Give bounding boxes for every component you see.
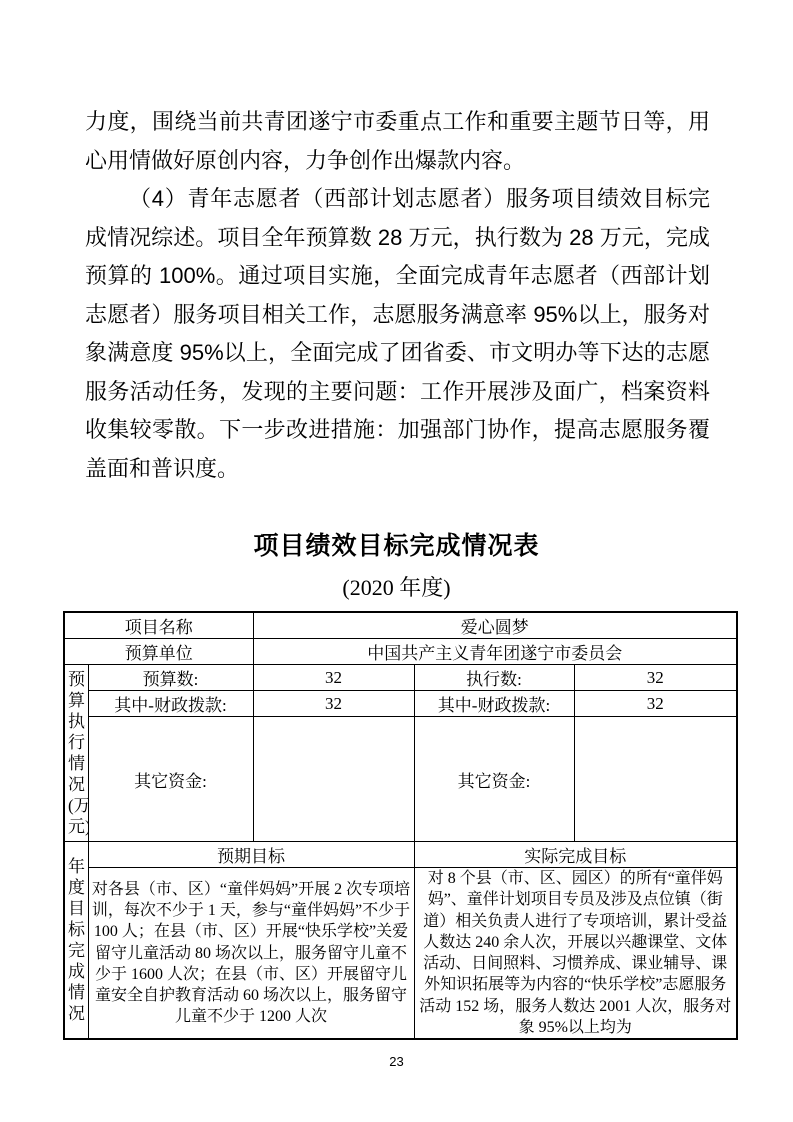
execution-number-label: 执行数:: [414, 665, 574, 691]
body-text-block: 力度，围绕当前共青团遂宁市委重点工作和重要主题节日等，用心用情做好原创内容，力争…: [0, 0, 793, 488]
expected-goal-header: 预期目标: [88, 842, 414, 868]
performance-table: 项目名称 爱心圆梦 预算单位 中国共产主义青年团遂宁市委员会 预 算 执 行 情…: [63, 611, 738, 1040]
paragraph-continuation: 力度，围绕当前共青团遂宁市委重点工作和重要主题节日等，用心用情做好原创内容，力争…: [85, 103, 710, 180]
budget-execution-vertical-header: 预 算 执 行 情 况 (万 元): [64, 665, 88, 842]
fiscal-allocation-label-left: 其中-财政拨款:: [88, 691, 253, 717]
budget-unit-label: 预算单位: [64, 639, 253, 665]
fiscal-allocation-value-right: 32: [574, 691, 737, 717]
table-row: 预 算 执 行 情 况 (万 元) 预算数: 32 执行数: 32: [64, 665, 737, 691]
other-funds-value-right: [574, 717, 737, 842]
table-title: 项目绩效目标完成情况表: [0, 532, 793, 562]
budget-unit-value: 中国共产主义青年团遂宁市委员会: [253, 639, 737, 665]
budget-number-label: 预算数:: [88, 665, 253, 691]
actual-goal-text: 对 8 个县（市、区、园区）的所有“童伴妈妈”、童伴计划项目专员及涉及点位镇（街…: [414, 868, 737, 1040]
project-name-label: 项目名称: [64, 612, 253, 639]
expected-goal-text: 对各县（市、区）“童伴妈妈”开展 2 次专项培训，每次不少于 1 天，参与“童伴…: [88, 868, 414, 1040]
budget-number-value: 32: [253, 665, 414, 691]
table-row: 其它资金: 其它资金:: [64, 717, 737, 842]
actual-goal-header: 实际完成目标: [414, 842, 737, 868]
table-row: 其中-财政拨款: 32 其中-财政拨款: 32: [64, 691, 737, 717]
execution-number-value: 32: [574, 665, 737, 691]
table-row: 项目名称 爱心圆梦: [64, 612, 737, 639]
table-row: 年 度 目 标 完 成 情 况 预期目标 实际完成目标: [64, 842, 737, 868]
other-funds-label-left: 其它资金:: [88, 717, 253, 842]
fiscal-allocation-value-left: 32: [253, 691, 414, 717]
page-number: 23: [0, 1054, 793, 1069]
other-funds-label-right: 其它资金:: [414, 717, 574, 842]
table-row: 对各县（市、区）“童伴妈妈”开展 2 次专项培训，每次不少于 1 天，参与“童伴…: [64, 868, 737, 1040]
document-page: 力度，围绕当前共青团遂宁市委重点工作和重要主题节日等，用心用情做好原创内容，力争…: [0, 0, 793, 1122]
other-funds-value-left: [253, 717, 414, 842]
annual-goal-vertical-header: 年 度 目 标 完 成 情 况: [64, 842, 88, 1040]
table-subtitle: (2020 年度): [0, 575, 793, 601]
table-row: 预算单位 中国共产主义青年团遂宁市委员会: [64, 639, 737, 665]
project-name-value: 爱心圆梦: [253, 612, 737, 639]
paragraph-volunteer-summary: （4）青年志愿者（西部计划志愿者）服务项目绩效目标完成情况综述。项目全年预算数 …: [85, 180, 710, 488]
fiscal-allocation-label-right: 其中-财政拨款:: [414, 691, 574, 717]
